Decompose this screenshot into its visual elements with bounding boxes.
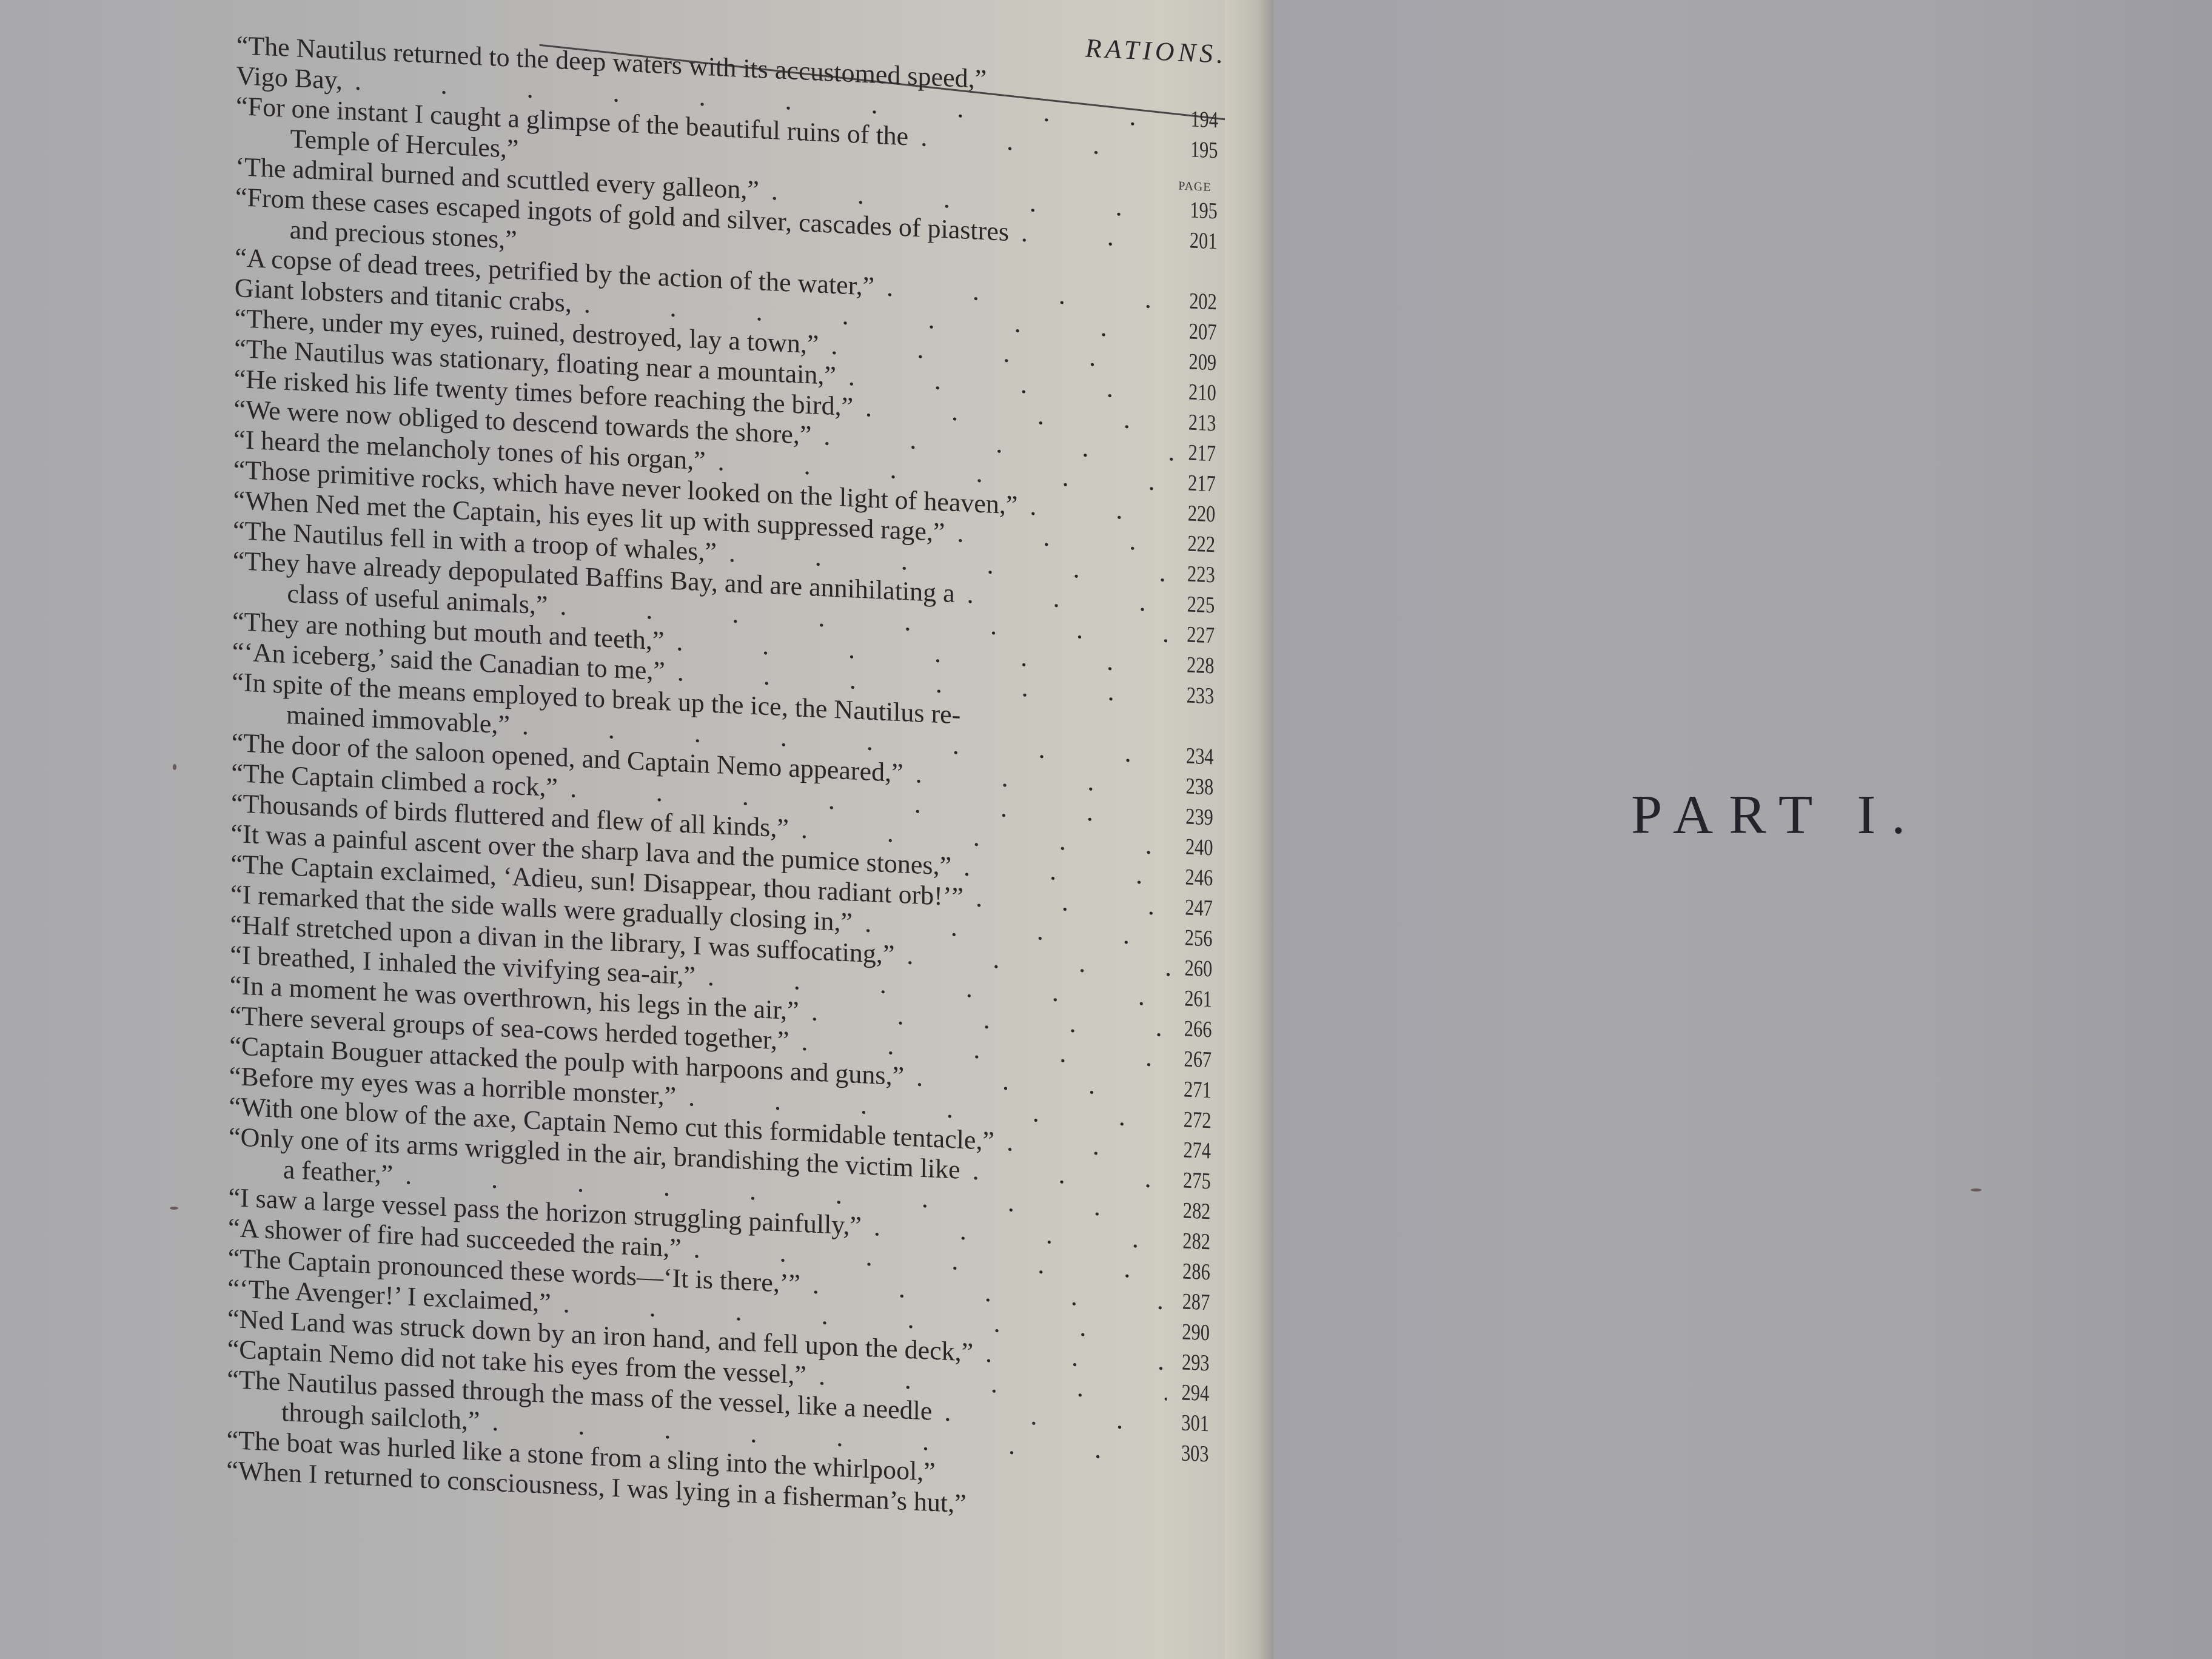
entry-caption: Vigo Bay, <box>236 61 343 96</box>
entry-page-number: 239 <box>1179 801 1213 833</box>
entry-page-number: 275 <box>1177 1165 1211 1197</box>
entry-page-number: 267 <box>1178 1044 1212 1076</box>
entry-page-number: 274 <box>1177 1134 1211 1167</box>
entry-page-number: 282 <box>1176 1225 1210 1258</box>
entry-page-number: 194 <box>1184 104 1218 136</box>
paper-speck <box>170 1207 178 1210</box>
entry-page-number: 217 <box>1182 437 1216 469</box>
entry-page-number: 202 <box>1183 286 1217 318</box>
entry-page-number: 233 <box>1180 680 1214 712</box>
entry-page-number: 209 <box>1182 346 1216 378</box>
entry-page-number: 240 <box>1179 831 1213 863</box>
entry-page-number: 234 <box>1179 740 1213 773</box>
entry-page-number: 195 <box>1184 195 1218 227</box>
entry-page-number: 271 <box>1178 1074 1212 1106</box>
entry-page-number: 227 <box>1181 619 1215 651</box>
paper-speck <box>1971 1188 1982 1191</box>
entry-page-number: 303 <box>1175 1438 1208 1470</box>
entries: “The Nautilus returned to the deep water… <box>226 30 1218 1530</box>
entry-page-number: 223 <box>1181 558 1215 591</box>
part-title: PART I. <box>1631 782 1921 846</box>
entry-page-number: 217 <box>1182 468 1216 500</box>
entry-page-number: 290 <box>1176 1316 1210 1349</box>
entry-page-number: 201 <box>1183 225 1217 257</box>
entry-page-number: 287 <box>1176 1286 1210 1318</box>
entry-page-number: 207 <box>1182 316 1216 348</box>
entry-page-number: 246 <box>1179 862 1213 894</box>
entry-page-number: 294 <box>1175 1377 1209 1409</box>
entry-page-number: 247 <box>1179 892 1213 924</box>
entry-page-number: 293 <box>1175 1347 1209 1379</box>
entry-page-number: 238 <box>1179 771 1213 803</box>
entry-page-number: 266 <box>1178 1013 1212 1045</box>
entry-page-number: 286 <box>1176 1256 1210 1288</box>
entry-page-number: 228 <box>1180 649 1214 682</box>
entry-page-number: 210 <box>1182 377 1216 409</box>
entry-page-number: 272 <box>1177 1104 1211 1136</box>
entry-page-number: 222 <box>1181 528 1215 560</box>
entry-page-number: 256 <box>1178 922 1212 954</box>
entry-page-number: 282 <box>1176 1195 1210 1227</box>
entry-page-number: 225 <box>1181 589 1215 621</box>
left-page: RATIONS. PAGE “The Nautilus returned to … <box>0 0 1261 1659</box>
entry-page-number: 195 <box>1184 134 1218 166</box>
entry-page-number: 220 <box>1181 498 1215 530</box>
running-head: RATIONS. <box>1085 33 1227 70</box>
paper-speck <box>173 764 176 770</box>
dot-leader <box>967 1519 1166 1528</box>
entry-page-number: 261 <box>1178 983 1212 1015</box>
entry-page-number: 301 <box>1175 1407 1209 1439</box>
illustrations-list: RATIONS. PAGE “The Nautilus returned to … <box>236 24 1219 69</box>
entry-page-number <box>1175 1529 1208 1530</box>
entry-page-number: 213 <box>1182 407 1216 439</box>
entry-page-number: 260 <box>1178 953 1212 985</box>
